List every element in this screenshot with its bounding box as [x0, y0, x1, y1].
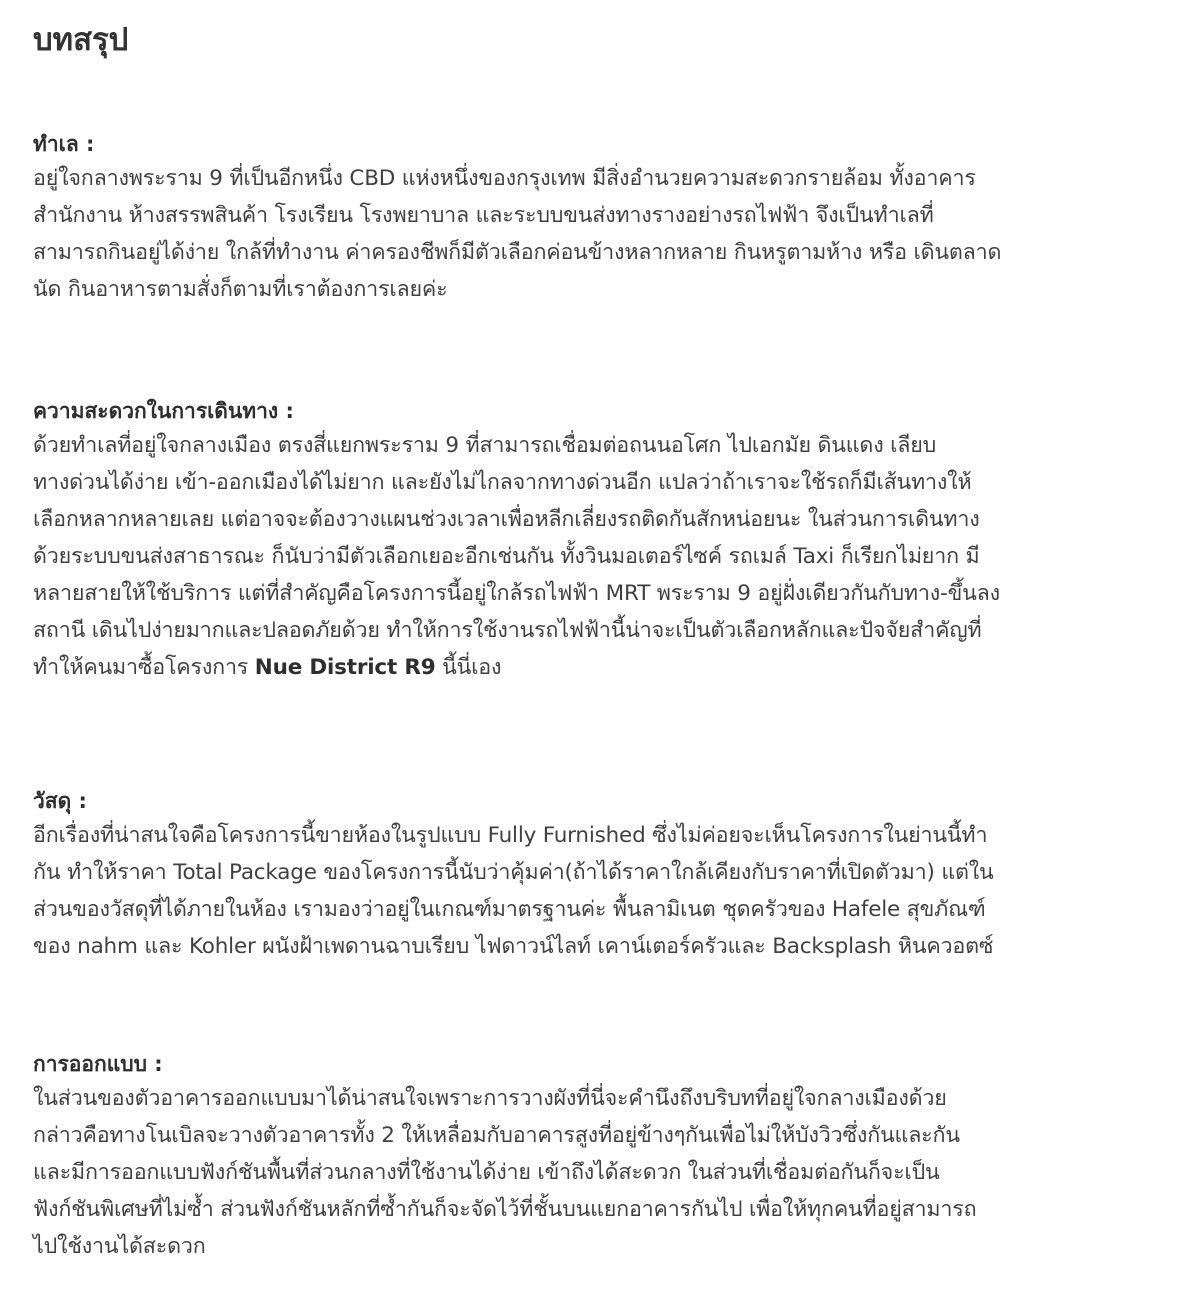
- section-body: ในส่วนของตัวอาคารออกแบบมาได้น่าสนใจเพราะ…: [33, 1080, 1183, 1265]
- text-line: สถานี เดินไปง่ายมากและปลอดภัยด้วย ทำให้ก…: [33, 612, 1183, 649]
- section-body: อยู่ใจกลางพระราม 9 ที่เป็นอีกหนึ่ง CBD แ…: [33, 160, 1183, 308]
- text-line: และมีการออกแบบฟังก์ชันพื้นที่ส่วนกลางที่…: [33, 1154, 1183, 1191]
- section-transportation: ความสะดวกในการเดินทาง : ด้วยทำเลที่อยู่ใ…: [33, 395, 1183, 686]
- section-materials: วัสดุ : อีกเรื่องที่น่าสนใจคือโครงการนี้…: [33, 785, 1183, 965]
- text-fragment: นี้นี่เอง: [435, 655, 501, 680]
- text-line: เลือกหลากหลายเลย แต่อาจจะต้องวางแผนช่วงเ…: [33, 501, 1183, 538]
- text-line: สำนักงาน ห้างสรรพสินค้า โรงเรียน โรงพยาบ…: [33, 197, 1183, 234]
- section-heading: การออกแบบ :: [33, 1048, 1183, 1080]
- section-body: ด้วยทำเลที่อยู่ใจกลางเมือง ตรงสี่แยกพระร…: [33, 427, 1183, 686]
- section-heading: วัสดุ :: [33, 785, 1183, 817]
- section-location: ทำเล : อยู่ใจกลางพระราม 9 ที่เป็นอีกหนึ่…: [33, 128, 1183, 308]
- text-line: อยู่ใจกลางพระราม 9 ที่เป็นอีกหนึ่ง CBD แ…: [33, 160, 1183, 197]
- text-line: ทางด่วนได้ง่าย เข้า-ออกเมืองได้ไม่ยาก แล…: [33, 464, 1183, 501]
- text-line: กล่าวคือทางโนเบิลจะวางตัวอาคารทั้ง 2 ให้…: [33, 1117, 1183, 1154]
- section-design: การออกแบบ : ในส่วนของตัวอาคารออกแบบมาได้…: [33, 1048, 1183, 1265]
- text-line: นัด กินอาหารตามสั่งก็ตามที่เราต้องการเลย…: [33, 271, 1183, 308]
- section-heading: ทำเล :: [33, 128, 1183, 160]
- text-line: กัน ทำให้ราคา Total Package ของโครงการนี…: [33, 854, 1183, 891]
- text-line: ส่วนของวัสดุที่ได้ภายในห้อง เรามองว่าอยู…: [33, 891, 1183, 928]
- text-line: ในส่วนของตัวอาคารออกแบบมาได้น่าสนใจเพราะ…: [33, 1080, 1183, 1117]
- text-fragment: ทำให้คนมาซื้อโครงการ: [33, 655, 255, 680]
- text-line: สามารถกินอยู่ได้ง่าย ใกล้ที่ทำงาน ค่าครอ…: [33, 234, 1183, 271]
- page-title: บทสรุป: [33, 18, 128, 62]
- text-line: หลายสายให้ใช้บริการ แต่ที่สำคัญคือโครงกา…: [33, 575, 1183, 612]
- text-line: ด้วยทำเลที่อยู่ใจกลางเมือง ตรงสี่แยกพระร…: [33, 427, 1183, 464]
- text-line: ด้วยระบบขนส่งสาธารณะ ก็นับว่ามีตัวเลือกเ…: [33, 538, 1183, 575]
- text-line: ทำให้คนมาซื้อโครงการ Nue District R9 นี้…: [33, 649, 1183, 686]
- text-line: อีกเรื่องที่น่าสนใจคือโครงการนี้ขายห้องใ…: [33, 817, 1183, 854]
- text-line: ฟังก์ชันพิเศษที่ไม่ซ้ำ ส่วนฟังก์ชันหลักท…: [33, 1191, 1183, 1228]
- text-line: ของ nahm และ Kohler ผนังฝ้าเพดานฉาบเรียบ…: [33, 928, 1183, 965]
- project-name: Nue District R9: [255, 655, 436, 680]
- text-line: ไปใช้งานได้สะดวก: [33, 1228, 1183, 1265]
- section-body: อีกเรื่องที่น่าสนใจคือโครงการนี้ขายห้องใ…: [33, 817, 1183, 965]
- section-heading: ความสะดวกในการเดินทาง :: [33, 395, 1183, 427]
